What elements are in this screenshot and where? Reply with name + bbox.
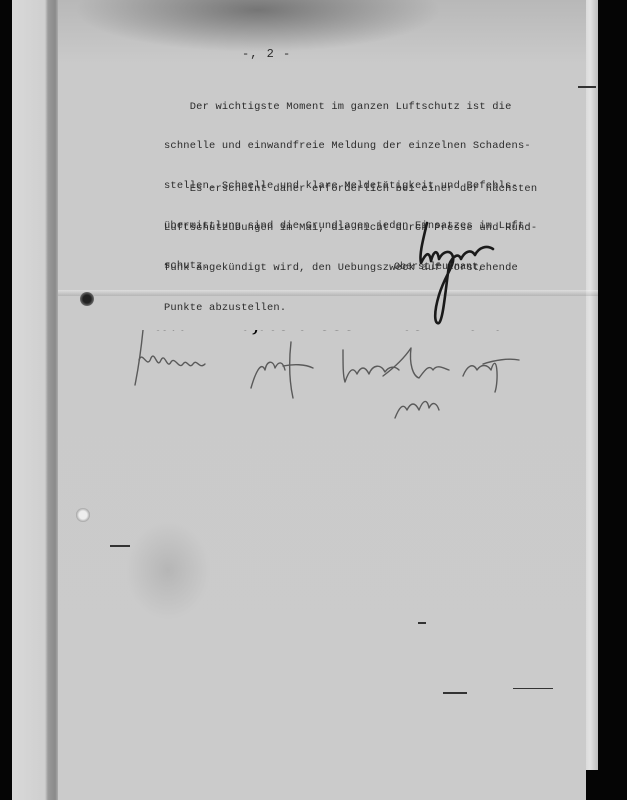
speck [513,688,553,689]
speck [578,86,596,88]
text-line: schnelle und einwandfreie Meldung der ei… [164,140,564,153]
handwritten-note: Warum mußte dieser Akten nicht mit? [133,330,553,430]
handwritten-note-line2: mit? [133,330,182,336]
handwritten-note-line1: Warum mußte dieser Akten nicht [133,330,503,336]
speck [418,622,426,624]
text-line: Der wichtigste Moment im ganzen Luftschu… [164,101,564,114]
speck [443,692,467,694]
signature-title: Oberstleutnant, [394,262,484,273]
speck [110,545,130,547]
punch-hole [80,292,94,306]
text-line: Es erscheint daher erforderlich bei eine… [164,183,564,196]
page-number: -, 2 - [242,47,291,61]
punch-hole [76,508,90,522]
